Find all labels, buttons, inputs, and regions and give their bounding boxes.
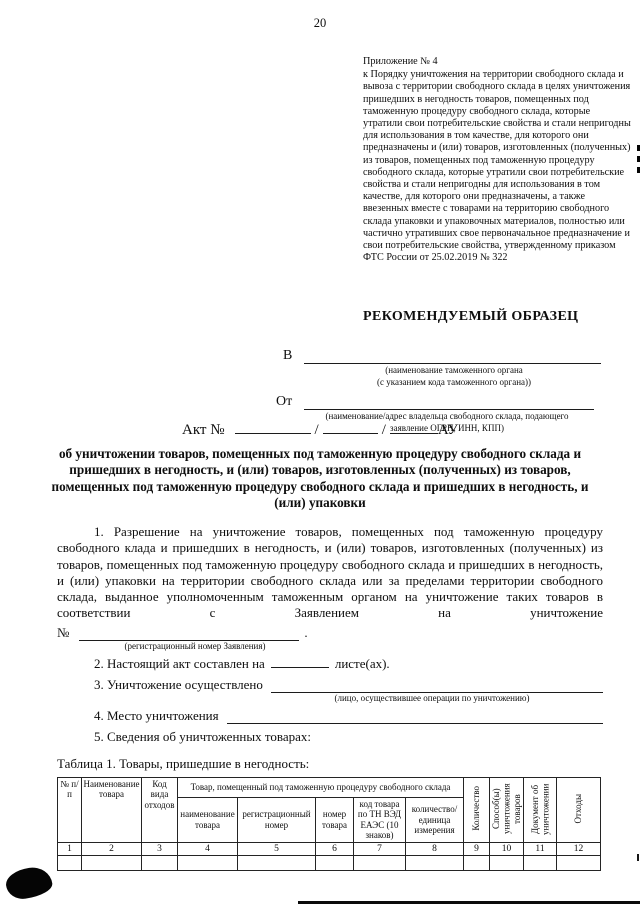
- to-caption-line1: (наименование таможенного органа: [307, 365, 601, 376]
- addressee-to-block: В (наименование таможенного органа (с ук…: [283, 347, 601, 388]
- appendix-body: к Порядку уничтожения на территории своб…: [363, 69, 631, 264]
- slash-separator-1: /: [311, 422, 323, 438]
- item-3: 3. Уничтожение осуществлено: [57, 676, 603, 693]
- subcol-header-qty-unit: количество/ единица измерения: [406, 797, 464, 842]
- item-3-caption: (лицо, осуществившее операции по уничтож…: [297, 693, 567, 703]
- act-number-row: Акт №//АУ: [0, 420, 640, 439]
- act-number-blank-2: [323, 420, 378, 434]
- scan-artifact-edge-tick: [637, 854, 639, 861]
- appendix-block: Приложение № 4 к Порядку уничтожения на …: [363, 56, 631, 264]
- col-header-waste-code: Код вида отходов: [142, 777, 178, 842]
- col-header-goods-name: Наименование товара: [82, 777, 142, 842]
- item-3-blank-line: [271, 678, 603, 693]
- col-header-group-goods: Товар, помещенный под таможенную процеду…: [178, 777, 464, 797]
- goods-table: № п/п Наименование товара Код вида отход…: [57, 777, 601, 872]
- column-number-row: 1 2 3 4 5 6 7 8 9 10 11 12: [58, 842, 601, 856]
- item-4: 4. Место уничтожения: [57, 707, 603, 724]
- subcol-header-reg-number: регистрационный номер: [238, 797, 316, 842]
- item-2-suffix: листе(ах).: [335, 656, 390, 671]
- act-number-blank-3: [390, 420, 438, 434]
- act-number-label: Акт №: [182, 422, 225, 438]
- to-blank-line: [304, 348, 601, 364]
- scan-artifact-corner-blob: [4, 865, 54, 901]
- recommended-sample-heading: РЕКОМЕНДУЕМЫЙ ОБРАЗЕЦ: [363, 309, 578, 325]
- item-2: 2. Настоящий акт составлен налисте(ах).: [57, 655, 603, 672]
- application-number-label: №: [57, 625, 69, 641]
- subcol-header-name: наименование товара: [178, 797, 238, 842]
- item-5: 5. Сведения об уничтоженных товарах:: [57, 728, 603, 745]
- table-caption: Таблица 1. Товары, пришедшие в негодност…: [57, 756, 603, 772]
- item-2-sheets-blank: [271, 655, 329, 668]
- item-3-label: 3. Уничтожение осуществлено: [94, 676, 263, 693]
- application-number-caption: (регистрационный номер Заявления): [85, 641, 305, 651]
- item-4-label: 4. Место уничтожения: [94, 707, 219, 724]
- col-header-npp: № п/п: [58, 777, 82, 842]
- empty-data-row: [58, 856, 601, 871]
- to-label: В: [283, 347, 292, 364]
- act-body: 1. Разрешение на уничтожение товаров, по…: [57, 524, 603, 871]
- act-title: об уничтожении товаров, помещенных под т…: [35, 446, 605, 511]
- document-page: 20 Приложение № 4 к Порядку уничтожения …: [0, 0, 640, 905]
- item-2-prefix: 2. Настоящий акт составлен на: [94, 656, 265, 671]
- application-number-period: .: [304, 625, 307, 641]
- col-header-quantity: Количество: [464, 777, 490, 842]
- application-number-row: № .: [57, 624, 603, 641]
- slash-separator-2: /: [378, 422, 390, 438]
- page-number: 20: [0, 16, 640, 31]
- paragraph-1: 1. Разрешение на уничтожение товаров, по…: [57, 524, 603, 622]
- col-header-destruction-method: Способ(ы) уничтожения товаров: [490, 777, 524, 842]
- subcol-header-tnved-code: код товара по ТН ВЭД ЕАЭС (10 знаков): [354, 797, 406, 842]
- col-header-destruction-document: Документ об уничтожении: [524, 777, 557, 842]
- appendix-title: Приложение № 4: [363, 56, 631, 68]
- to-caption-line2: (с указанием кода таможенного органа)): [307, 377, 601, 388]
- act-suffix: АУ: [438, 422, 458, 438]
- scan-artifact-bottom-line: [298, 901, 640, 904]
- application-number-line: [79, 627, 299, 641]
- act-number-blank-1: [235, 420, 311, 434]
- subcol-header-goods-number: номер товара: [316, 797, 354, 842]
- from-label: От: [276, 393, 292, 410]
- from-blank-line: [304, 394, 594, 410]
- col-header-waste: Отходы: [557, 777, 601, 842]
- item-4-blank-line: [227, 709, 603, 724]
